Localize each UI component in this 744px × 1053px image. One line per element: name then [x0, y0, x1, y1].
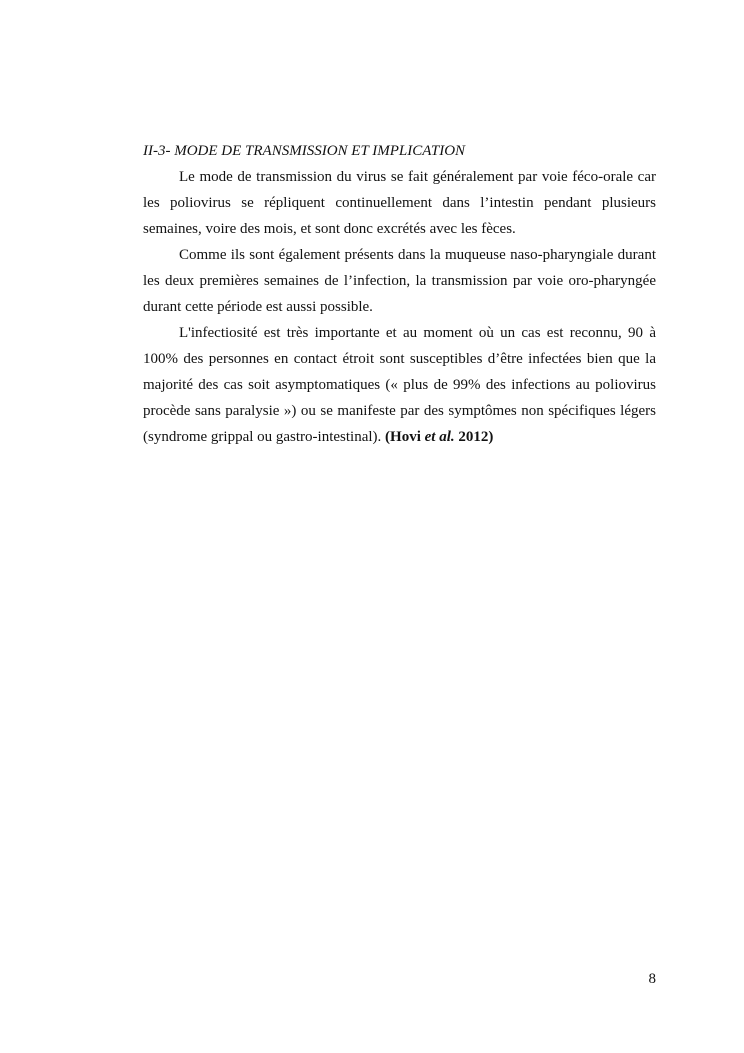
citation-author: (Hovi: [385, 429, 425, 445]
document-page: II-3- MODE DE TRANSMISSION ET IMPLICATIO…: [0, 0, 744, 1053]
section-heading: II-3- MODE DE TRANSMISSION ET IMPLICATIO…: [143, 138, 656, 164]
citation-etal: et al.: [425, 429, 455, 445]
page-number: 8: [143, 966, 656, 992]
citation: (Hovi et al. 2012): [385, 429, 493, 445]
paragraph-body-text: L'infectiosité est très importante et au…: [143, 325, 656, 445]
paragraph-infectiosite: L'infectiosité est très importante et au…: [143, 320, 656, 450]
text-block: II-3- MODE DE TRANSMISSION ET IMPLICATIO…: [143, 138, 656, 450]
paragraph-oropharyngee: Comme ils sont également présents dans l…: [143, 242, 656, 320]
paragraph-transmission: Le mode de transmission du virus se fait…: [143, 164, 656, 242]
citation-year: 2012): [455, 429, 494, 445]
